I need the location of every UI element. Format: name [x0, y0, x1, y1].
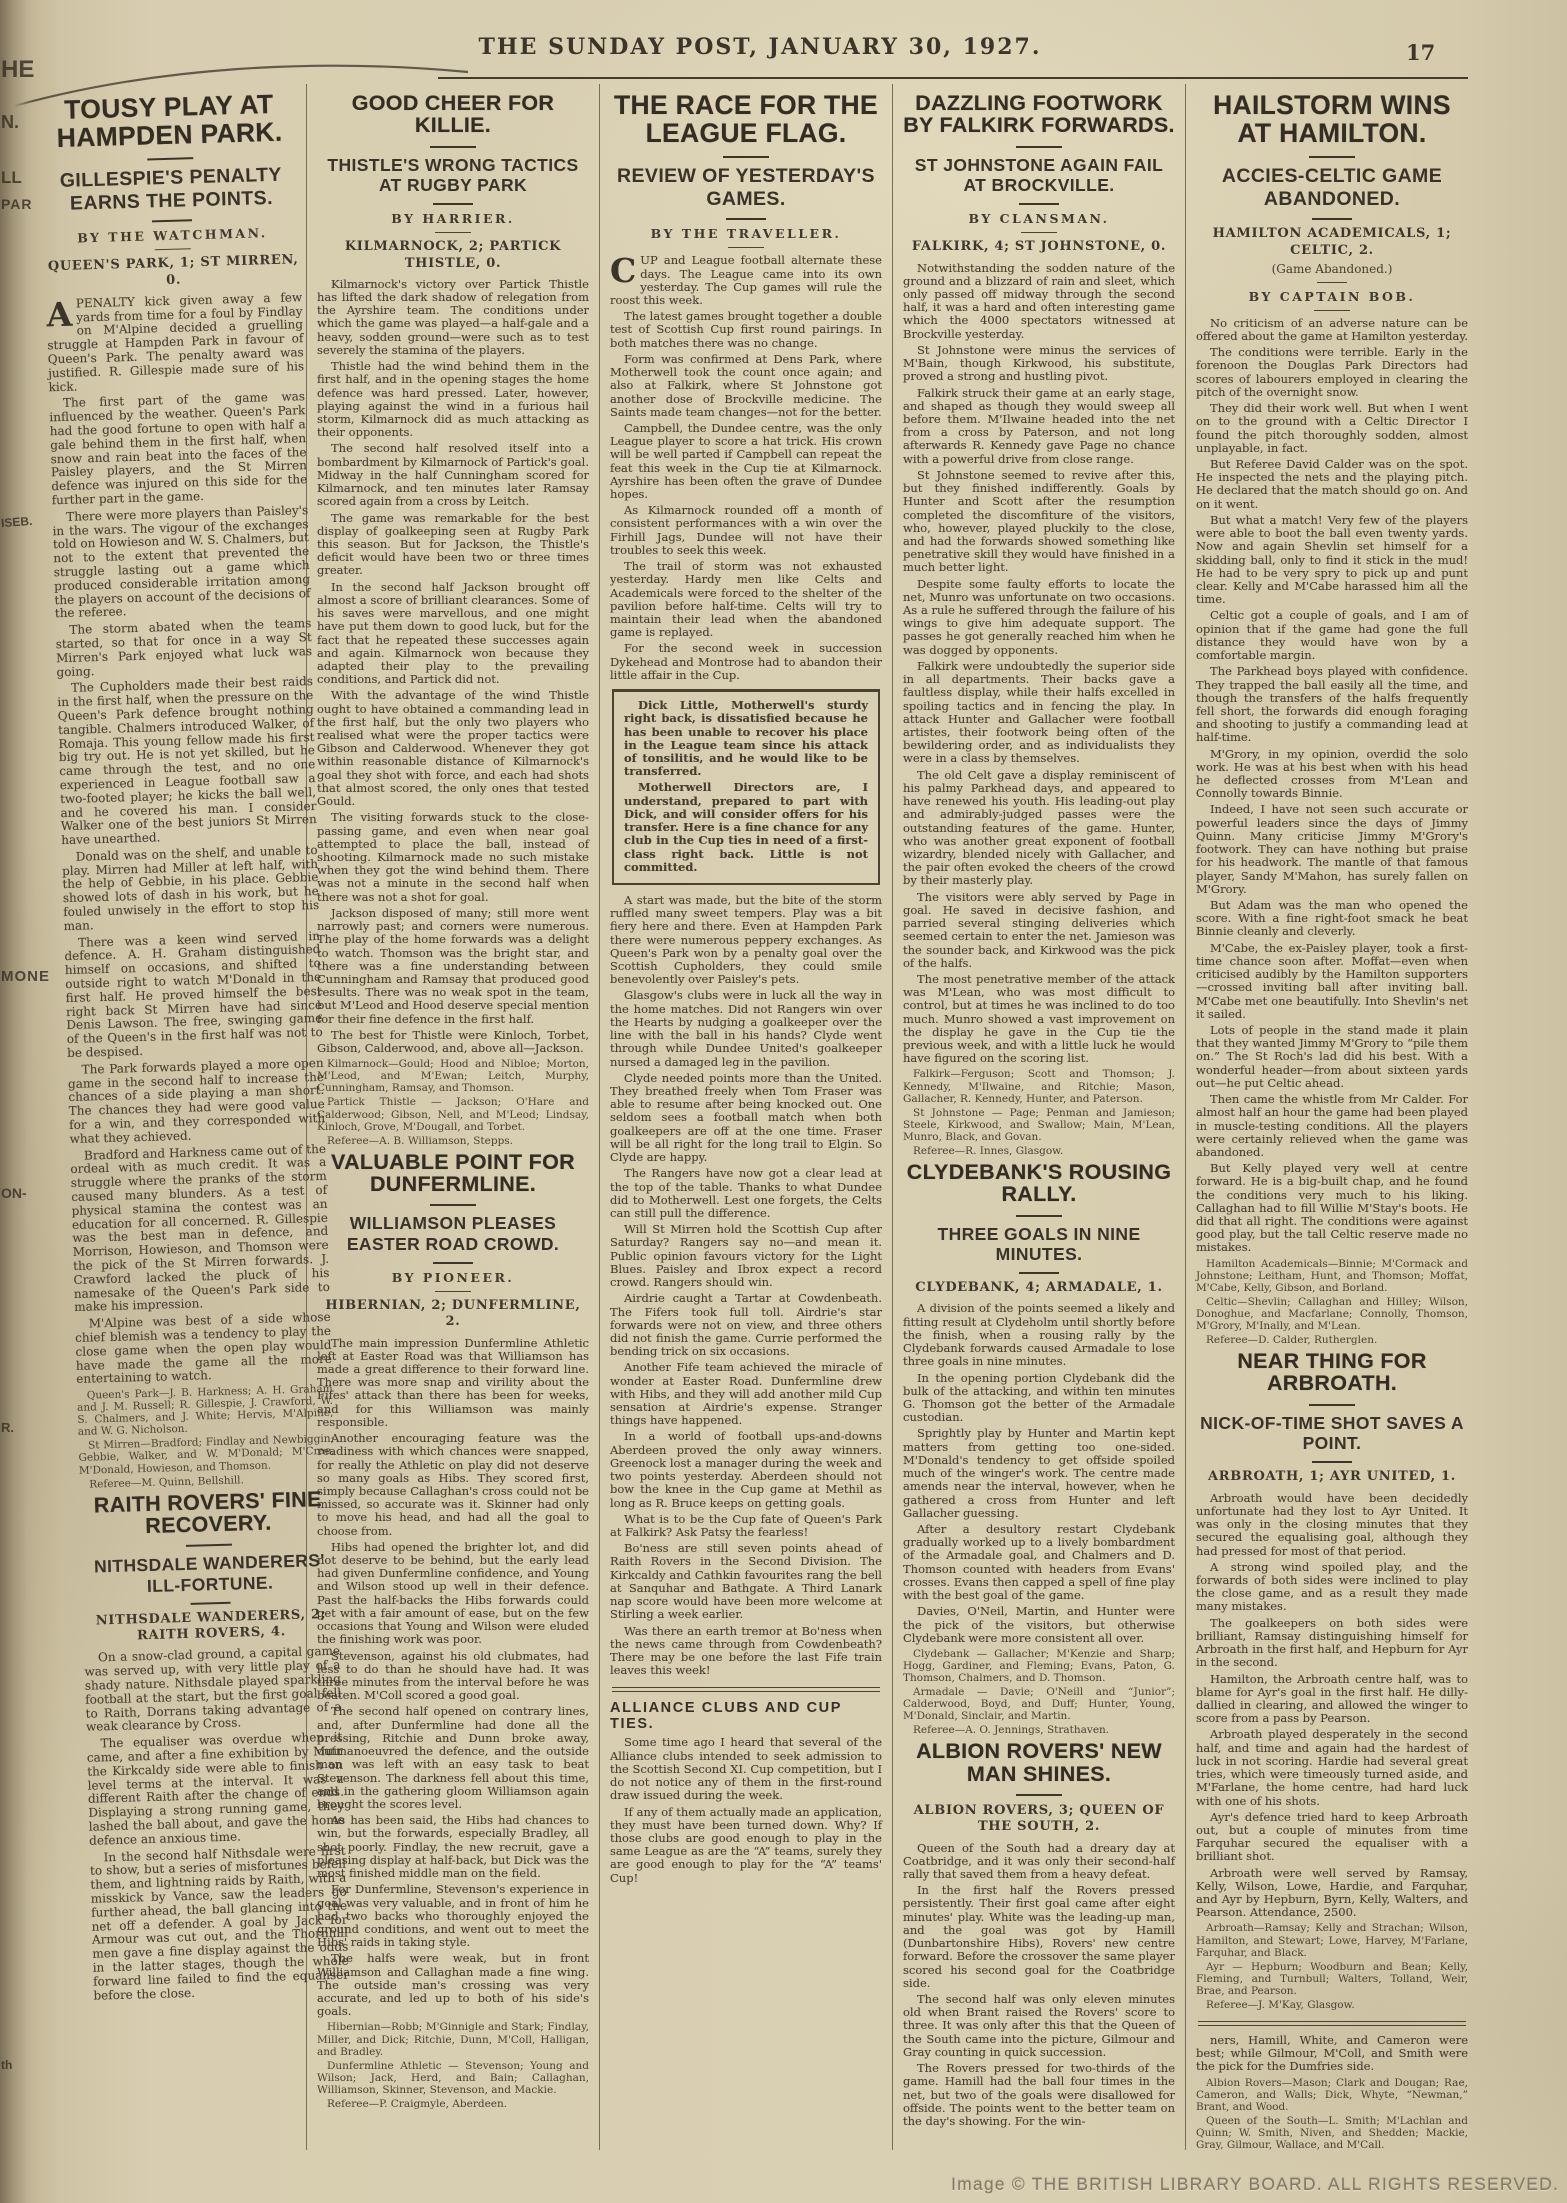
column-5: HAILSTORM WINS AT HAMILTON.ACCIES-CELTIC…	[1185, 84, 1478, 2150]
paragraph: But Adam was the man who opened the scor…	[1196, 899, 1468, 939]
page-number: 17	[1406, 40, 1435, 65]
paragraph: Another encouraging feature was the read…	[317, 1432, 589, 1538]
paragraph: A start was made, but the bite of the st…	[610, 894, 882, 987]
article-subhead: NICK-OF-TIME SHOT SAVES A POINT.	[1196, 1413, 1468, 1464]
paragraph: M'Grory, in my opinion, overdid the solo…	[1196, 748, 1468, 801]
double-rule	[1198, 2021, 1466, 2026]
paragraph: But what a match! Very few of the player…	[1196, 514, 1468, 607]
byline: BY THE WATCHMAN.	[44, 225, 301, 254]
paragraph: On a snow-clad ground, a capital game wa…	[84, 1645, 342, 1735]
paragraph: The old Celt gave a display reminiscent …	[903, 769, 1175, 888]
fold-text-fragment: ISEB.	[1, 514, 33, 530]
team-list: St Johnstone — Page; Penman and Jamieson…	[903, 1107, 1175, 1143]
paragraph: The visiting forwards stuck to the close…	[317, 811, 589, 904]
paragraph: St Johnstone seemed to revive after this…	[903, 469, 1175, 575]
paragraph: For the second week in succession Dykehe…	[610, 642, 882, 682]
team-list: Referee—D. Calder, Rutherglen.	[1196, 1334, 1468, 1346]
team-list: Referee—A. O. Jennings, Strathaven.	[903, 1724, 1175, 1736]
byline: BY CAPTAIN BOB.	[1196, 289, 1468, 311]
fold-text-fragment: PAR	[1, 196, 33, 212]
team-list: St Mirren—Bradford; Findlay and Newbiggi…	[78, 1433, 335, 1476]
boxed-notice-paragraph: Motherwell Directors are, I understand, …	[624, 781, 868, 874]
paragraph: The second half opened on contrary lines…	[317, 1705, 589, 1811]
paragraph: With the advantage of the wind Thistle o…	[317, 689, 589, 808]
article-headline: GOOD CHEER FOR KILLIE.	[317, 92, 589, 148]
paragraph: Another Fife team achieved the miracle o…	[610, 1361, 882, 1427]
paragraph: But Referee David Calder was on the spot…	[1196, 458, 1468, 511]
article-headline: VALUABLE POINT FOR DUNFERMLINE.	[317, 1151, 589, 1207]
team-list: Queen of the South—L. Smith; M'Lachlan a…	[1196, 2115, 1468, 2150]
fold-text-fragment: LL	[1, 168, 22, 188]
paragraph: The equaliser was overdue when it came, …	[86, 1731, 345, 1848]
paragraph: Airdrie caught a Tartar at Cowdenbeath. …	[610, 1292, 882, 1358]
paragraph: After a desultory restart Clydebank grad…	[903, 1523, 1175, 1602]
article-subhead: NITHSDALE WANDERERS' ILL-FORTUNE.	[81, 1550, 338, 1608]
byline: BY HARRIER.	[317, 211, 589, 233]
article-subhead: GILLESPIE'S PENALTY EARNS THE POINTS.	[43, 163, 300, 225]
team-list: Hamilton Academicals—Binnie; M'Cormack a…	[1196, 1258, 1468, 1294]
paragraph: The Rangers have now got a clear lead at…	[610, 1167, 882, 1220]
paragraph: But Kelly played very well at centre for…	[1196, 1162, 1468, 1255]
fold-text-fragment: MONE	[1, 968, 50, 985]
paragraph: Some time ago I heard that several of th…	[610, 1736, 882, 1802]
paragraph: If any of them actually made an applicat…	[610, 1806, 882, 1885]
fold-text-fragment: ON-	[1, 1185, 27, 1201]
paragraph: The Cupholders made their best raids in …	[57, 675, 318, 848]
paragraph: The second half was only eleven minutes …	[903, 1993, 1175, 2059]
article-subhead: ST JOHNSTONE AGAIN FAIL AT BROCKVILLE.	[903, 155, 1175, 206]
paragraph: The Park forwards played a more open gam…	[67, 1057, 325, 1147]
team-list: Queen's Park—J. B. Harkness; A. H. Graha…	[77, 1383, 334, 1438]
article-headline: RAITH ROVERS' FINE RECOVERY.	[80, 1487, 337, 1550]
article-headline: TOUSY PLAY AT HAMPDEN PARK.	[40, 90, 298, 163]
paragraph: Celtic got a couple of goals, and I am o…	[1196, 609, 1468, 662]
paragraph: Hamilton, the Arbroath centre half, was …	[1196, 1673, 1468, 1726]
team-list: Clydebank — Gallacher; M'Kenzie and Shar…	[903, 1648, 1175, 1684]
lead-paragraph: CUP and League football alternate these …	[610, 254, 882, 307]
article-headline: ALBION ROVERS' NEW MAN SHINES.	[903, 1740, 1175, 1796]
article-subhead: REVIEW OF YESTERDAY'S GAMES.	[610, 165, 882, 220]
paragraph: ners, Hamill, White, and Cameron were be…	[1196, 2034, 1468, 2074]
byline: BY THE TRAVELLER.	[610, 226, 882, 248]
paragraph: In the second half Jackson brought off a…	[317, 581, 589, 687]
paragraph: Despite some faulty efforts to locate th…	[903, 578, 1175, 657]
paragraph: Arbroath were well served by Ramsay, Kel…	[1196, 1867, 1468, 1920]
paragraph: The goalkeepers on both sides were brill…	[1196, 1617, 1468, 1670]
paragraph: In the first half the Rovers pressed per…	[903, 1884, 1175, 1990]
score-line: FALKIRK, 4; ST JOHNSTONE, 0.	[903, 239, 1175, 255]
lead-paragraph: A PENALTY kick given away a few yards fr…	[46, 291, 305, 395]
article-headline: DAZZLING FOOTWORK BY FALKIRK FORWARDS.	[903, 92, 1175, 148]
paragraph: The Rovers pressed for two-thirds of the…	[903, 2062, 1175, 2128]
team-list: Falkirk—Ferguson; Scott and Thomson; J. …	[903, 1068, 1175, 1104]
team-list: Kilmarnock—Gould; Hood and Nibloe; Morto…	[317, 1058, 589, 1094]
score-line: HIBERNIAN, 2; DUNFERMLINE, 2.	[317, 1298, 589, 1331]
boxed-notice: Dick Little, Motherwell's sturdy right b…	[612, 689, 880, 885]
column-area: TOUSY PLAY AT HAMPDEN PARK.GILLESPIE'S P…	[34, 84, 1478, 2150]
paragraph: As Kilmarnock rounded off a month of con…	[610, 504, 882, 557]
drop-cap: A	[46, 297, 76, 328]
article-subhead: THISTLE'S WRONG TACTICS AT RUGBY PARK	[317, 155, 589, 206]
paragraph: M'Alpine was best of a side whose chief …	[75, 1311, 333, 1387]
section-subhead: ALLIANCE CLUBS AND CUP TIES.	[610, 1700, 882, 1732]
paragraph: Queen of the South had a dreary day at C…	[903, 1842, 1175, 1882]
paragraph: Form was confirmed at Dens Park, where M…	[610, 353, 882, 419]
newspaper-page: HEN.LLPARISEB.MONEON-R.th THE SUNDAY POS…	[0, 0, 1567, 2203]
paragraph: Notwithstanding the sodden nature of the…	[903, 262, 1175, 341]
masthead-title: THE SUNDAY POST, JANUARY 30, 1927.	[260, 34, 1260, 60]
paragraph: Will St Mirren hold the Scottish Cup aft…	[610, 1223, 882, 1289]
fold-text-fragment: R.	[1, 1420, 14, 1435]
paragraph: Lots of people in the stand made it plai…	[1196, 1024, 1468, 1090]
paragraph: The latest games brought together a doub…	[610, 310, 882, 350]
article-headline: THE RACE FOR THE LEAGUE FLAG.	[610, 92, 882, 158]
score-line: ALBION ROVERS, 3; QUEEN OF THE SOUTH, 2.	[903, 1803, 1175, 1836]
score-line: CLYDEBANK, 4; ARMADALE, 1.	[903, 1280, 1175, 1296]
paragraph: In the opening portion Clydebank did the…	[903, 1372, 1175, 1425]
score-line: ARBROATH, 1; AYR UNITED, 1.	[1196, 1469, 1468, 1485]
paragraph: Indeed, I have not seen such accurate or…	[1196, 803, 1468, 896]
team-list: Referee—A. B. Williamson, Stepps.	[317, 1135, 589, 1147]
library-watermark: Image © THE BRITISH LIBRARY BOARD. ALL R…	[951, 2174, 1559, 2195]
team-list: Referee—R. Innes, Glasgow.	[903, 1145, 1175, 1157]
paragraph: The visitors were ably served by Page in…	[903, 891, 1175, 970]
paragraph: What is to be the Cup fate of Queen's Pa…	[610, 1513, 882, 1539]
byline: BY CLANSMAN.	[903, 211, 1175, 233]
byline: BY PIONEER.	[317, 1270, 589, 1292]
score-line: HAMILTON ACADEMICALS, 1; CELTIC, 2.	[1196, 226, 1468, 259]
team-list: Arbroath—Ramsay; Kelly and Strachan; Wil…	[1196, 1922, 1468, 1958]
paragraph: Stevenson, against his old clubmates, ha…	[317, 1650, 589, 1703]
paragraph: The game was remarkable for the best dis…	[317, 512, 589, 578]
paragraph: Then came the whistle from Mr Calder. Fo…	[1196, 1093, 1468, 1159]
paragraph: There was a keen wind served in defence.…	[64, 930, 323, 1061]
paragraph: The first part of the game was influence…	[49, 391, 308, 508]
boxed-notice-paragraph: Dick Little, Motherwell's sturdy right b…	[624, 699, 868, 778]
paragraph: The storm abated when the teams started,…	[55, 617, 312, 679]
paragraph: M'Cabe, the ex-Paisley player, took a fi…	[1196, 942, 1468, 1021]
column-4: DAZZLING FOOTWORK BY FALKIRK FORWARDS.ST…	[892, 84, 1185, 2150]
page-fold-edge: HEN.LLPARISEB.MONEON-R.th	[0, 0, 34, 2203]
paragraph: Campbell, the Dundee centre, was the onl…	[610, 422, 882, 501]
article-headline: CLYDEBANK'S ROUSING RALLY.	[903, 1161, 1175, 1217]
paragraph: In a world of football ups-and-downs Abe…	[610, 1430, 882, 1509]
paragraph: Thistle had the wind behind them in the …	[317, 360, 589, 439]
paragraph: Bradford and Harkness came out of the or…	[70, 1142, 331, 1315]
article-subhead: WILLIAMSON PLEASES EASTER ROAD CROWD.	[317, 1213, 589, 1264]
score-note: (Game Abandoned.)	[1196, 262, 1468, 283]
team-list: Referee—J. M'Kay, Glasgow.	[1196, 1999, 1468, 2011]
paragraph: There were more players than Paisley's i…	[52, 504, 311, 621]
score-line: KILMARNOCK, 2; PARTICK THISTLE, 0.	[317, 239, 589, 272]
team-list: Partick Thistle — Jackson; O'Hare and Ca…	[317, 1096, 589, 1132]
paragraph: They did their work well. But when I wen…	[1196, 402, 1468, 455]
fold-text-fragment: th	[1, 2058, 12, 2072]
paragraph: Ayr's defence tried hard to keep Arbroat…	[1196, 1811, 1468, 1864]
paragraph: Kilmarnock's victory over Partick Thistl…	[317, 278, 589, 357]
paragraph: Arbroath played desperately in the secon…	[1196, 1728, 1468, 1807]
column-3: THE RACE FOR THE LEAGUE FLAG.REVIEW OF Y…	[599, 84, 892, 2150]
paragraph: In the second half Nithsdale were first …	[89, 1844, 349, 2003]
team-list: Celtic—Shevlin; Callaghan and Hilley; Wi…	[1196, 1296, 1468, 1332]
double-rule	[612, 1687, 880, 1692]
paragraph: The main impression Dunfermline Athletic…	[317, 1337, 589, 1430]
paragraph: Arbroath would have been decidedly unfor…	[1196, 1492, 1468, 1558]
paragraph: Clyde needed points more than the United…	[610, 1072, 882, 1165]
article-headline: NEAR THING FOR ARBROATH.	[1196, 1350, 1468, 1406]
article-subhead: THREE GOALS IN NINE MINUTES.	[903, 1224, 1175, 1275]
paragraph: Glasgow's clubs were in luck all the way…	[610, 989, 882, 1068]
score-line: QUEEN'S PARK, 1; ST MIRREN, 0.	[45, 253, 302, 293]
team-list: Albion Rovers—Mason; Clark and Dougan; R…	[1196, 2077, 1468, 2113]
paragraph: The second half resolved itself into a b…	[317, 442, 589, 508]
paragraph: Hibs had opened the brighter lot, and di…	[317, 1541, 589, 1647]
paragraph: Sprightly play by Hunter and Martin kept…	[903, 1427, 1175, 1520]
paragraph: No criticism of an adverse nature can be…	[1196, 317, 1468, 343]
fold-text-fragment: HE	[1, 56, 34, 84]
paragraph: A division of the points seemed a likely…	[903, 1302, 1175, 1368]
paragraph: The Parkhead boys played with confidence…	[1196, 665, 1468, 744]
article-subhead: ACCIES-CELTIC GAME ABANDONED.	[1196, 165, 1468, 220]
paragraph: Falkirk were undoubtedly the superior si…	[903, 660, 1175, 766]
paragraph: St Johnstone were minus the services of …	[903, 344, 1175, 384]
fold-text-fragment: N.	[1, 112, 19, 133]
paragraph: A strong wind spoiled play, and the forw…	[1196, 1561, 1468, 1614]
paragraph: Falkirk struck their game at an early st…	[903, 387, 1175, 466]
article-headline: HAILSTORM WINS AT HAMILTON.	[1196, 92, 1468, 158]
paragraph: Was there an earth tremor at Bo'ness whe…	[610, 1625, 882, 1678]
paragraph: Donald was on the shelf, and unable to p…	[62, 844, 320, 934]
score-line: NITHSDALE WANDERERS, 2; RAITH ROVERS, 4.	[83, 1607, 340, 1647]
masthead-rule	[438, 77, 1468, 79]
paragraph: The conditions were terrible. Early in t…	[1196, 346, 1468, 399]
paragraph: The trail of storm was not exhausted yes…	[610, 560, 882, 639]
paragraph: As has been said, the Hibs had chances t…	[317, 1814, 589, 1880]
paragraph: Davies, O'Neil, Martin, and Hunter were …	[903, 1605, 1175, 1645]
column-1: TOUSY PLAY AT HAMPDEN PARK.GILLESPIE'S P…	[34, 84, 364, 2150]
drop-cap: C	[610, 254, 640, 284]
team-list: Ayr — Hepburn; Woodburn and Bean; Kelly,…	[1196, 1961, 1468, 1997]
paragraph: Bo'ness are still seven points ahead of …	[610, 1542, 882, 1621]
paragraph: The best for Thistle were Kinloch, Torbe…	[317, 1029, 589, 1055]
paragraph: The most penetrative member of the attac…	[903, 973, 1175, 1066]
team-list: Armadale — Davie; O'Neill and “Junior”; …	[903, 1686, 1175, 1722]
paragraph: Jackson disposed of many; still more wen…	[317, 907, 589, 1026]
